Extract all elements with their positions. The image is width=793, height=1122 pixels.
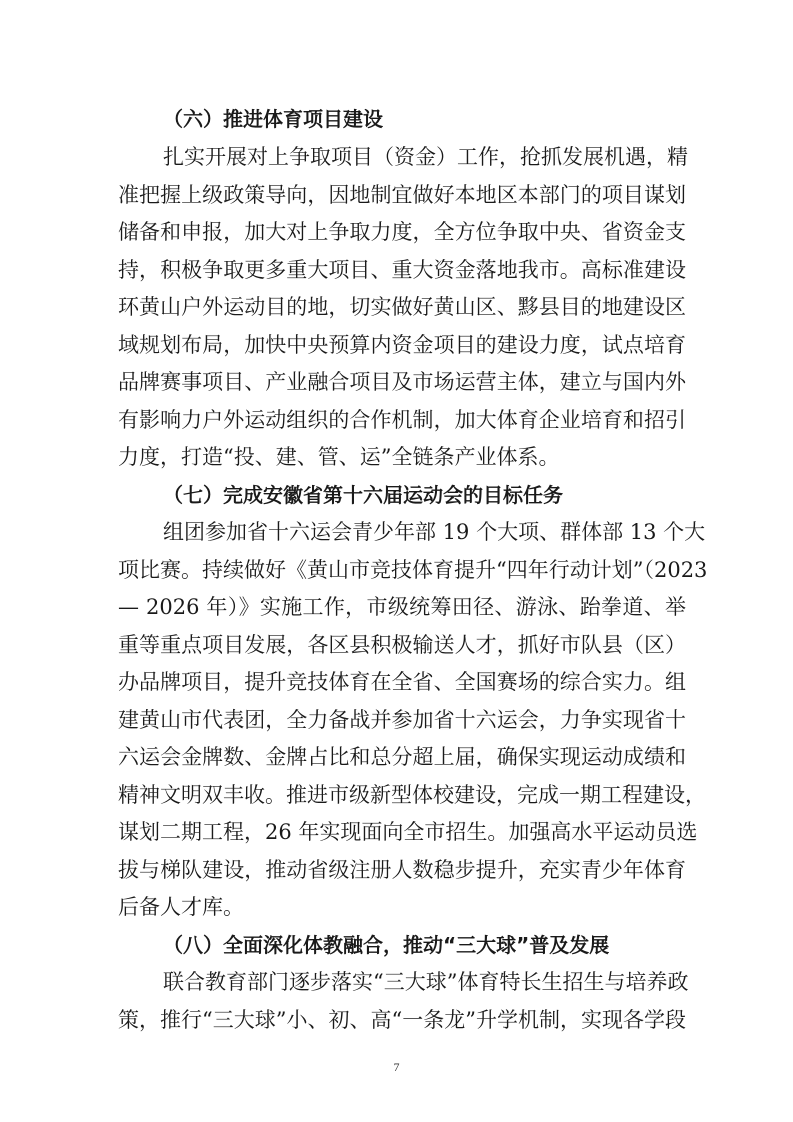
section-heading-7: （七）完成安徽省第十六届运动会的目标任务: [163, 480, 686, 510]
paragraph-line: 持，积极争取更多重大项目、重大资金落地我市。高标准建设: [118, 255, 686, 285]
paragraph-line: 储备和申报，加大对上争取力度，全方位争取中央、省资金支: [118, 217, 686, 247]
page-number: 7: [0, 1060, 793, 1075]
paragraph-line: 后备人才库。: [118, 892, 686, 922]
paragraph-line: 有影响力户外运动组织的合作机制，加大体育企业培育和招引: [118, 405, 686, 435]
paragraph-line: 力度，打造“投、建、管、运”全链条产业体系。: [118, 442, 686, 472]
paragraph-line: 谋划二期工程，26 年实现面向全市招生。加强高水平运动员选: [118, 817, 686, 847]
section-heading-6: （六）推进体育项目建设: [163, 104, 686, 134]
paragraph-line: 六运会金牌数、金牌占比和总分超上届，确保实现运动成绩和: [118, 742, 686, 772]
paragraph-line: 组团参加省十六运会青少年部 19 个大项、群体部 13 个大: [163, 517, 686, 547]
paragraph-line: 准把握上级政策导向，因地制宜做好本地区本部门的项目谋划: [118, 180, 686, 210]
section-heading-8: （八）全面深化体教融合，推动“三大球”普及发展: [163, 930, 686, 960]
paragraph-line: 策，推行“三大球”小、初、高“一条龙”升学机制，实现各学段: [118, 1005, 686, 1035]
paragraph-line: — 2026 年）》实施工作，市级统筹田径、游泳、跆拳道、举: [118, 592, 686, 622]
paragraph-line: 建黄山市代表团，全力备战并参加省十六运会，力争实现省十: [118, 705, 686, 735]
paragraph-line: 重等重点项目发展，各区县积极输送人才，抓好市队县（区）: [118, 630, 686, 660]
paragraph-line: 拔与梯队建设，推动省级注册人数稳步提升，充实青少年体育: [118, 855, 686, 885]
paragraph-line: 扎实开展对上争取项目（资金）工作，抢抓发展机遇，精: [163, 142, 686, 172]
paragraph-line: 品牌赛事项目、产业融合项目及市场运营主体，建立与国内外: [118, 367, 686, 397]
paragraph-line: 办品牌项目，提升竞技体育在全省、全国赛场的综合实力。组: [118, 667, 686, 697]
paragraph-line: 环黄山户外运动目的地，切实做好黄山区、黟县目的地建设区: [118, 292, 686, 322]
paragraph-line: 联合教育部门逐步落实“三大球”体育特长生招生与培养政: [163, 967, 686, 997]
paragraph-line: 域规划布局，加快中央预算内资金项目的建设力度，试点培育: [118, 330, 686, 360]
document-page: （六）推进体育项目建设 扎实开展对上争取项目（资金）工作，抢抓发展机遇，精 准把…: [0, 0, 793, 1122]
paragraph-line: 项比赛。持续做好《黄山市竞技体育提升“四年行动计划”（2023: [118, 555, 686, 585]
paragraph-line: 精神文明双丰收。推进市级新型体校建设，完成一期工程建设，: [118, 780, 686, 810]
